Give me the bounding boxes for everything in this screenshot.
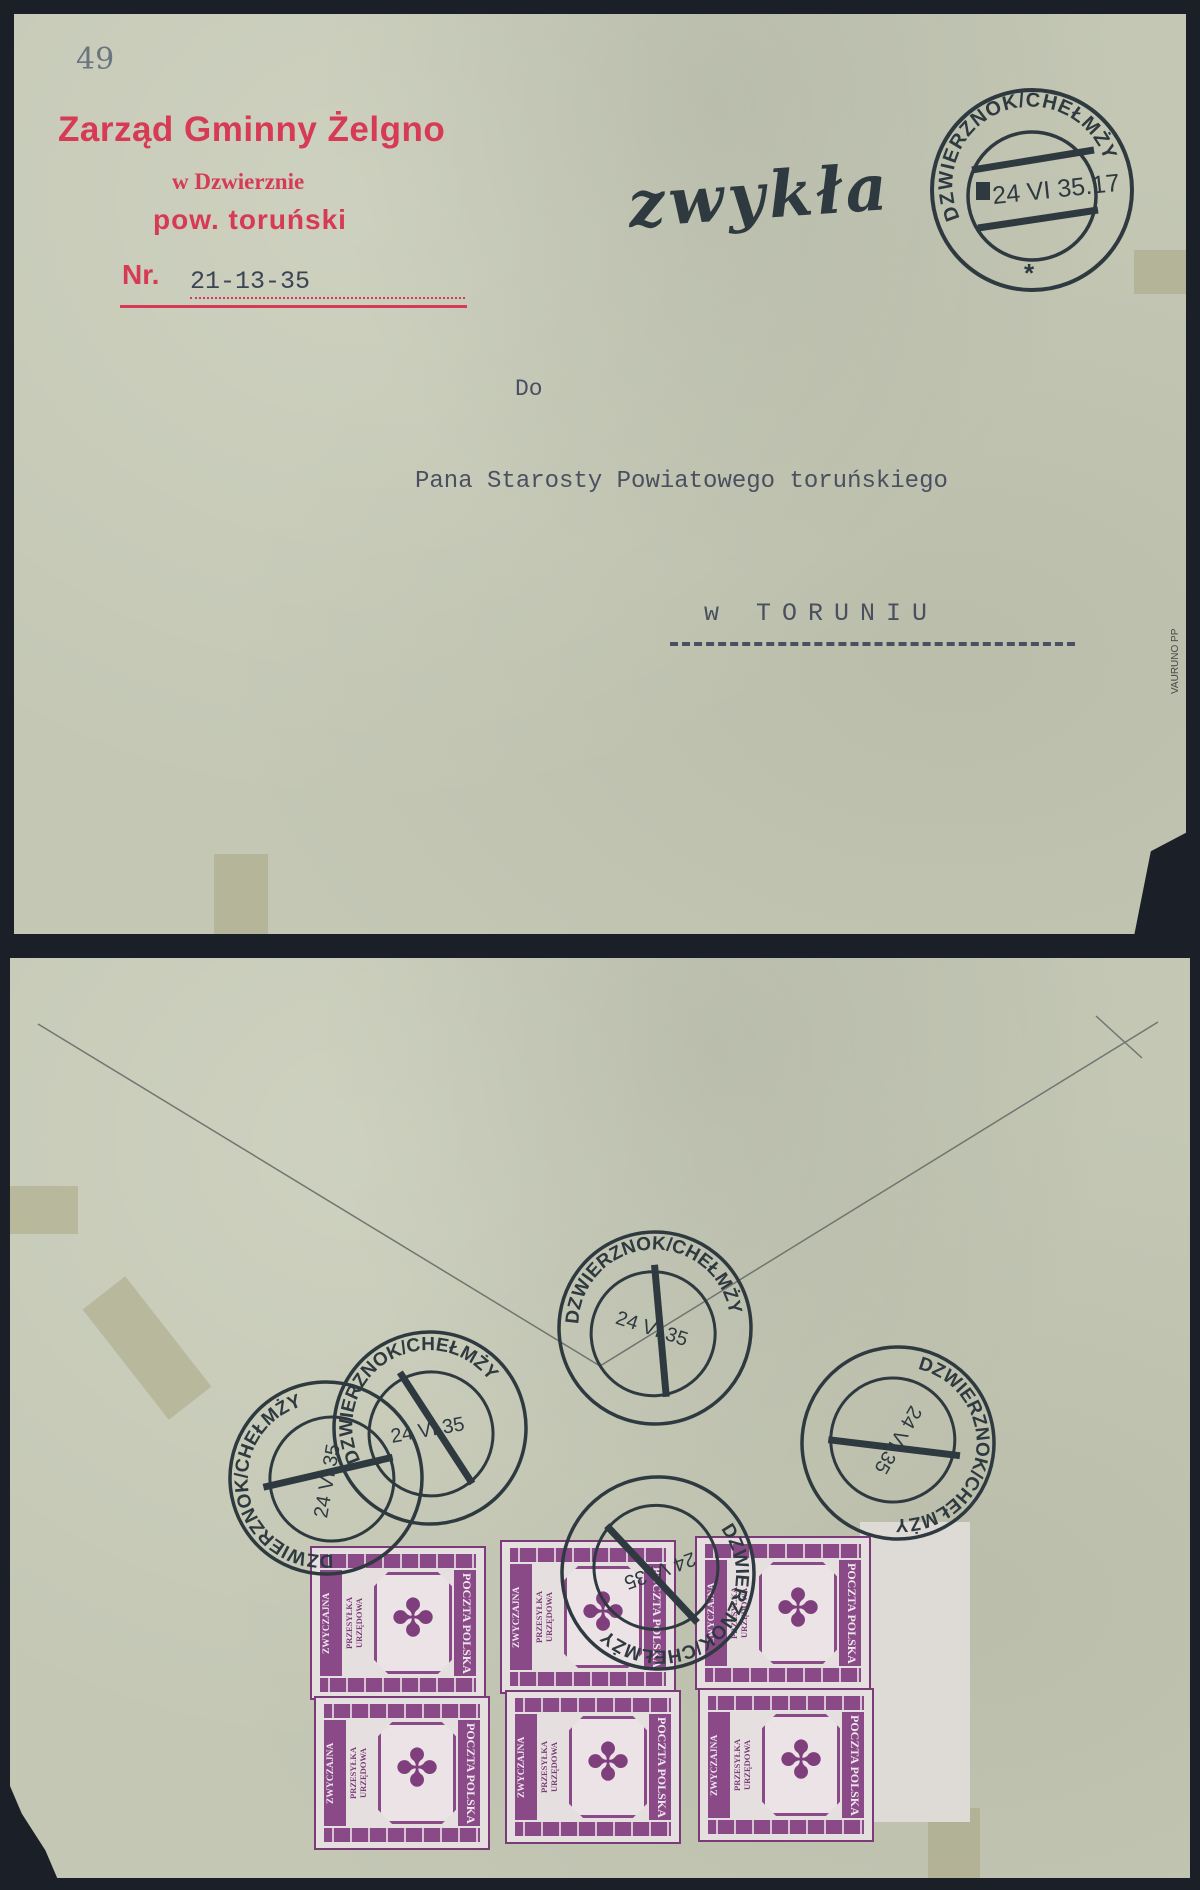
postmark-icon: DZWIERZNOK/CHEŁMŻY24 VI 35: [767, 1312, 1029, 1574]
svg-text:24 VI 35: 24 VI 35: [869, 1402, 925, 1478]
svg-text:24 VI 35: 24 VI 35: [613, 1307, 691, 1351]
back-postmarks: DZWIERZNOK/CHEŁMŻY24 VI 35DZWIERZNOK/CHE…: [10, 958, 1190, 1878]
postmark-icon: DZWIERZNOK/CHEŁMŻY24 VI 35: [534, 1207, 776, 1449]
svg-text:24 VI 35: 24 VI 35: [310, 1442, 345, 1519]
sender-location: w Dzwierznie: [172, 169, 304, 195]
envelope-back: POCZTA POLSKAZWYCZAJNAPRZESYŁKA URZĘDOWA…: [10, 958, 1190, 1878]
tape-strip: [214, 854, 268, 934]
pencil-note: 49: [76, 42, 114, 77]
sender-name: Zarząd Gminny Żelgno: [58, 110, 445, 150]
envelope-front: 49 Zarząd Gminny Żelgno w Dzwierznie pow…: [14, 14, 1186, 934]
handwritten-note: zwykła: [626, 150, 894, 243]
address-salutation: Do: [515, 376, 543, 402]
address-town: w TORUNIU: [704, 599, 938, 628]
address-recipient: Pana Starosty Powiatowego toruńskiego: [415, 468, 948, 495]
postmark-date: 24 VI 35.17: [991, 169, 1121, 210]
postmark-icon: DZWIERZNOK/CHEŁMŻY24 VI 35: [319, 1317, 541, 1539]
postmark-icon: DZWIERZNOK/CHEŁMŻY 24 VI 35.17 *: [920, 78, 1144, 302]
sender-district: pow. toruński: [153, 204, 347, 236]
postmark-icon: DZWIERZNOK/CHEŁMŻY24 VI 35: [535, 1450, 781, 1696]
reference-number-label: Nr.: [122, 259, 159, 291]
address-underline: [670, 642, 1075, 646]
reference-dotted-line: [190, 297, 465, 299]
postmark-star: *: [1024, 258, 1035, 288]
printer-mark: VAURUNO PP: [1170, 629, 1181, 694]
postmark-icon: DZWIERZNOK/CHEŁMŻY24 VI 35: [215, 1367, 437, 1589]
reference-underline: [120, 305, 467, 308]
reference-number-value: 21-13-35: [190, 267, 310, 296]
